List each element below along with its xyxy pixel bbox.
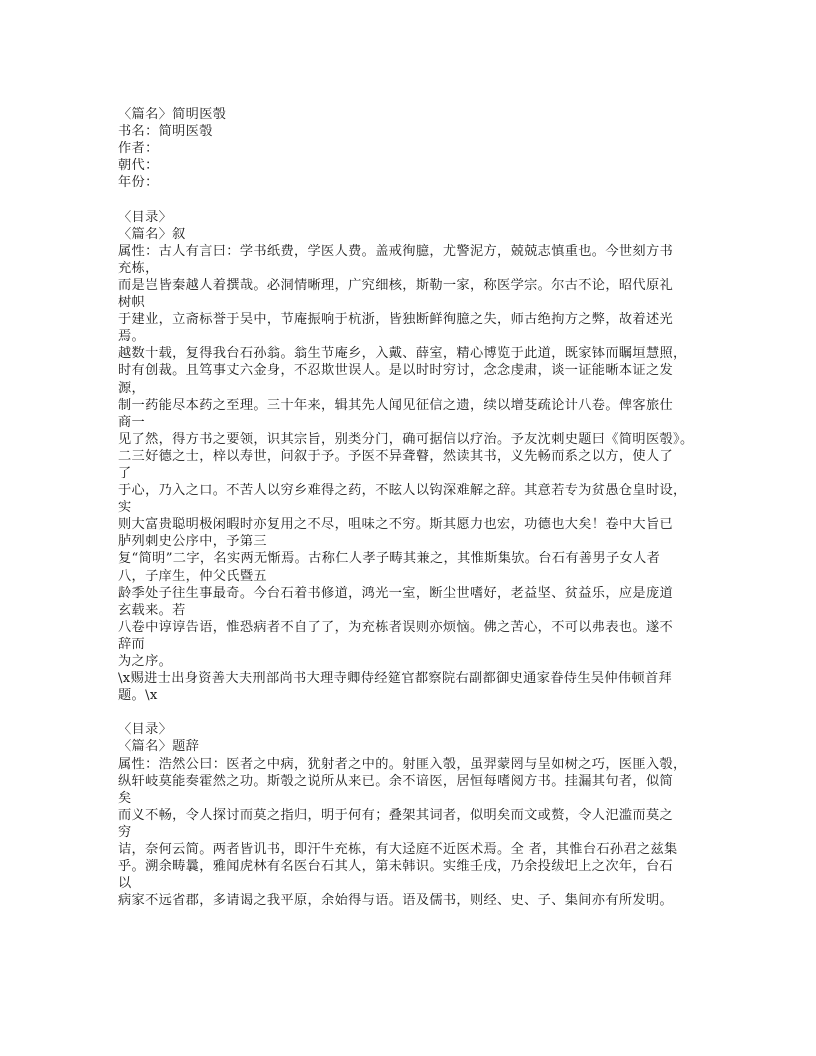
blank-line (118, 191, 718, 208)
body-text-line: 玄载来。若 (118, 602, 718, 619)
body-text-line: 了 (118, 465, 718, 482)
body-text-line: 越数十载，复得我台石孙翁。翁生节庵乡，入戴、薛室，精心博览于此道，既家钵而瞩垣慧… (118, 345, 718, 362)
body-text-line: 八，子庠生，仲父氏暨五 (118, 568, 718, 585)
body-text-line: 以 (118, 875, 718, 892)
body-text-line: 商一 (118, 414, 718, 431)
toc-marker: 〈目录〉 (118, 721, 718, 738)
body-text-line: 实 (118, 499, 718, 516)
toc-marker: 〈目录〉 (118, 209, 718, 226)
body-text-line: 焉。 (118, 328, 718, 345)
body-text-line: 而义不畅，令人探讨而莫之指归，明于何有；叠架其词者，似明矣而文或赘，令人汜滥而莫… (118, 807, 718, 824)
section-heading: 〈篇名〉题辞 (118, 738, 718, 755)
signature-line: 题。\x (118, 687, 718, 704)
section-heading: 〈篇名〉简明医彀 (118, 106, 718, 123)
body-text-line: 制一药能尽本药之至理。三十年来，辑其先人闻见征信之遗，续以增芟疏论计八卷。俾客旅… (118, 397, 718, 414)
author-field: 作者： (118, 140, 718, 157)
body-text-line: 二三好德之士，梓以寿世，问叙于予。予医不异聋瞽，然读其书，义先畅而系之以方，使人… (118, 448, 718, 465)
body-text-line: 则大富贵聪明极闲暇时亦复用之不尽，咀味之不穷。斯其愿力也宏，功德也大矣！卷中大旨… (118, 516, 718, 533)
body-text-line: 矣 (118, 790, 718, 807)
blank-line (118, 704, 718, 721)
body-text-line: 穷 (118, 824, 718, 841)
body-text-line: 充栋， (118, 260, 718, 277)
body-text-line: 为之序。 (118, 653, 718, 670)
body-text-line: 辞而 (118, 636, 718, 653)
dynasty-field: 朝代： (118, 157, 718, 174)
body-text-line: 复“简明”二字，名实两无惭焉。古称仁人孝子畴其兼之，其惟斯集欤。台石有善男子女人… (118, 550, 718, 567)
body-text-line: 于心，乃入之口。不苦人以穷乡难得之药，不眩人以钩深难解之辞。其意若专为贫愚仓皇时… (118, 482, 718, 499)
body-text-line: 纵轩岐莫能奏霍然之功。斯彀之说所从来已。余不谙医，居恒每嗜阅方书。挂漏其句者，似… (118, 773, 718, 790)
year-field: 年份： (118, 174, 718, 191)
body-text-line: 龄季处子往生事最奇。今台石着书修道，鸿光一室，断尘世嗜好，老益坚、贫益乐，应是庞… (118, 585, 718, 602)
body-text-line: 属性：浩然公曰：医者之中病，犹射者之中的。射匪入彀，虽羿蒙罔与呈如树之巧，医匪入… (118, 756, 718, 773)
body-text-line: 诘，奈何云简。两者皆讥书，即汗牛充栋，有大迳庭不近医术焉。全 者，其惟台石孙君之… (118, 841, 718, 858)
body-text-line: 时有创裁。且笃事丈六金身，不忍欺世误人。是以时时穷讨，念念虔肃，谈一证能晰本证之… (118, 362, 718, 379)
body-text-line: 乎。溯余畴曩，雅闻虎林有名医台石其人，第未韩识。实维壬戌，乃余投绂圯上之次年，台… (118, 858, 718, 875)
body-text-line: 病家不远省郡，多请谒之我平原，余始得与语。语及儒书，则经、史、子、集间亦有所发明… (118, 892, 718, 909)
body-text-line: 胪列刺史公序中，予第三 (118, 533, 718, 550)
body-text-line: 而是岂皆秦越人着撰哉。必洞情晰理，广究细核，斯勒一家，称医学宗。尔古不论，昭代原… (118, 277, 718, 294)
body-text-line: 属性：古人有言曰：学书纸费，学医人费。盖戒徇臆，尤警泥方，兢兢志慎重也。今世刻方… (118, 243, 718, 260)
section-heading: 〈篇名〉叙 (118, 226, 718, 243)
book-title-field: 书名：简明医彀 (118, 123, 718, 140)
body-text-line: 见了然，得方书之要领，识其宗旨，别类分门，确可据信以疗治。予友沈刺史题曰《简明医… (118, 431, 718, 448)
body-text-line: 八卷中谆谆告语，惟恐病者不自了了，为充栋者误则亦烦恼。佛之苦心，不可以弗表也。遂… (118, 619, 718, 636)
body-text-line: 于建业，立斋标誉于吴中，节庵振响于杭浙，皆独断鲜徇臆之失，师古绝拘方之弊，故着述… (118, 311, 718, 328)
document-page: 〈篇名〉简明医彀 书名：简明医彀 作者： 朝代： 年份： 〈目录〉 〈篇名〉叙 … (118, 106, 718, 909)
signature-line: \x赐进士出身资善大夫刑部尚书大理寺卿侍经筵官都察院右副都御史通家眷侍生吴仲伟顿… (118, 670, 718, 687)
body-text-line: 树帜 (118, 294, 718, 311)
body-text-line: 源， (118, 380, 718, 397)
